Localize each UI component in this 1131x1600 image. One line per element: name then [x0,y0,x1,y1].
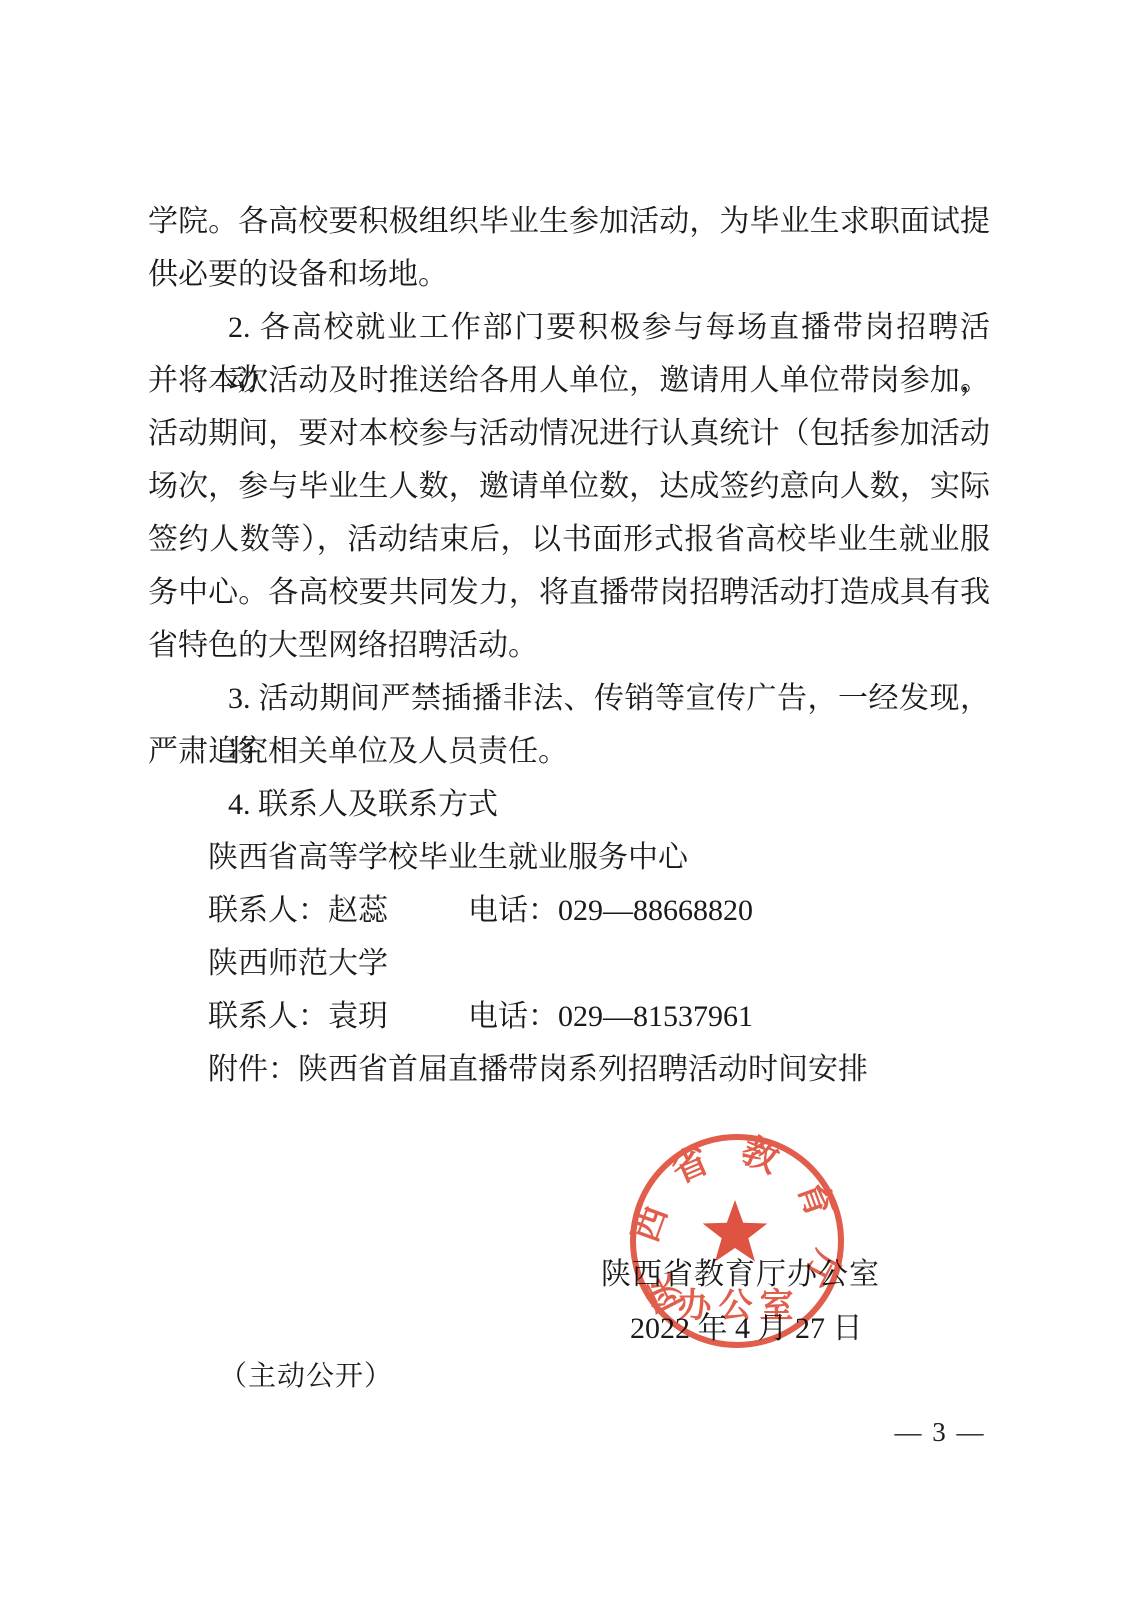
attachment-line: 附件：陕西省首届直播带岗系列招聘活动时间安排 [148,1043,990,1096]
org-name-line: 陕西省高等学校毕业生就业服务中心 [148,831,990,884]
contact-person-line: 联系人：袁玥电话：029—81537961 [148,990,990,1043]
para-line-numbered: 3. 活动期间严禁插播非法、传销等宣传广告，一经发现，将 [148,672,990,725]
phone-number: 电话：029—88668820 [468,894,753,927]
signature-date: 2022 年 4 月 27 日 [630,1303,863,1347]
para-line: 学院。各高校要积极组织毕业生参加活动，为毕业生求职面试提 [148,195,990,248]
para-line: 省特色的大型网络招聘活动。 [148,619,990,672]
page-number: — 3 — [875,1417,1005,1448]
para-line: 供必要的设备和场地。 [148,248,990,301]
para-line: 并将本次活动及时推送给各用人单位，邀请用人单位带岗参加。 [148,354,990,407]
para-line: 签约人数等），活动结束后，以书面形式报省高校毕业生就业服 [148,513,990,566]
disclosure-note: （主动公开） [219,1354,393,1394]
contact-person-line: 联系人：赵蕊电话：029—88668820 [148,884,990,937]
para-line: 场次，参与毕业生人数，邀请单位数，达成签约意向人数，实际 [148,460,990,513]
document-page: 学院。各高校要积极组织毕业生参加活动，为毕业生求职面试提 供必要的设备和场地。 … [0,0,1131,1600]
org-name-line: 陕西师范大学 [148,937,990,990]
contact-name: 联系人：袁玥 [208,1000,388,1033]
section-heading-contacts: 4. 联系人及联系方式 [148,778,990,831]
para-line: 务中心。各高校要共同发力，将直播带岗招聘活动打造成具有我 [148,566,990,619]
para-line: 活动期间，要对本校参与活动情况进行认真统计（包括参加活动 [148,407,990,460]
para-line-numbered: 2. 各高校就业工作部门要积极参与每场直播带岗招聘活动， [148,301,990,354]
signature-org: 陕西省教育厅办公室 [601,1249,880,1293]
document-body: 学院。各高校要积极组织毕业生参加活动，为毕业生求职面试提 供必要的设备和场地。 … [148,195,990,1096]
contact-name: 联系人：赵蕊 [208,894,388,927]
phone-number: 电话：029—81537961 [468,1000,753,1033]
para-line: 严肃追究相关单位及人员责任。 [148,725,990,778]
